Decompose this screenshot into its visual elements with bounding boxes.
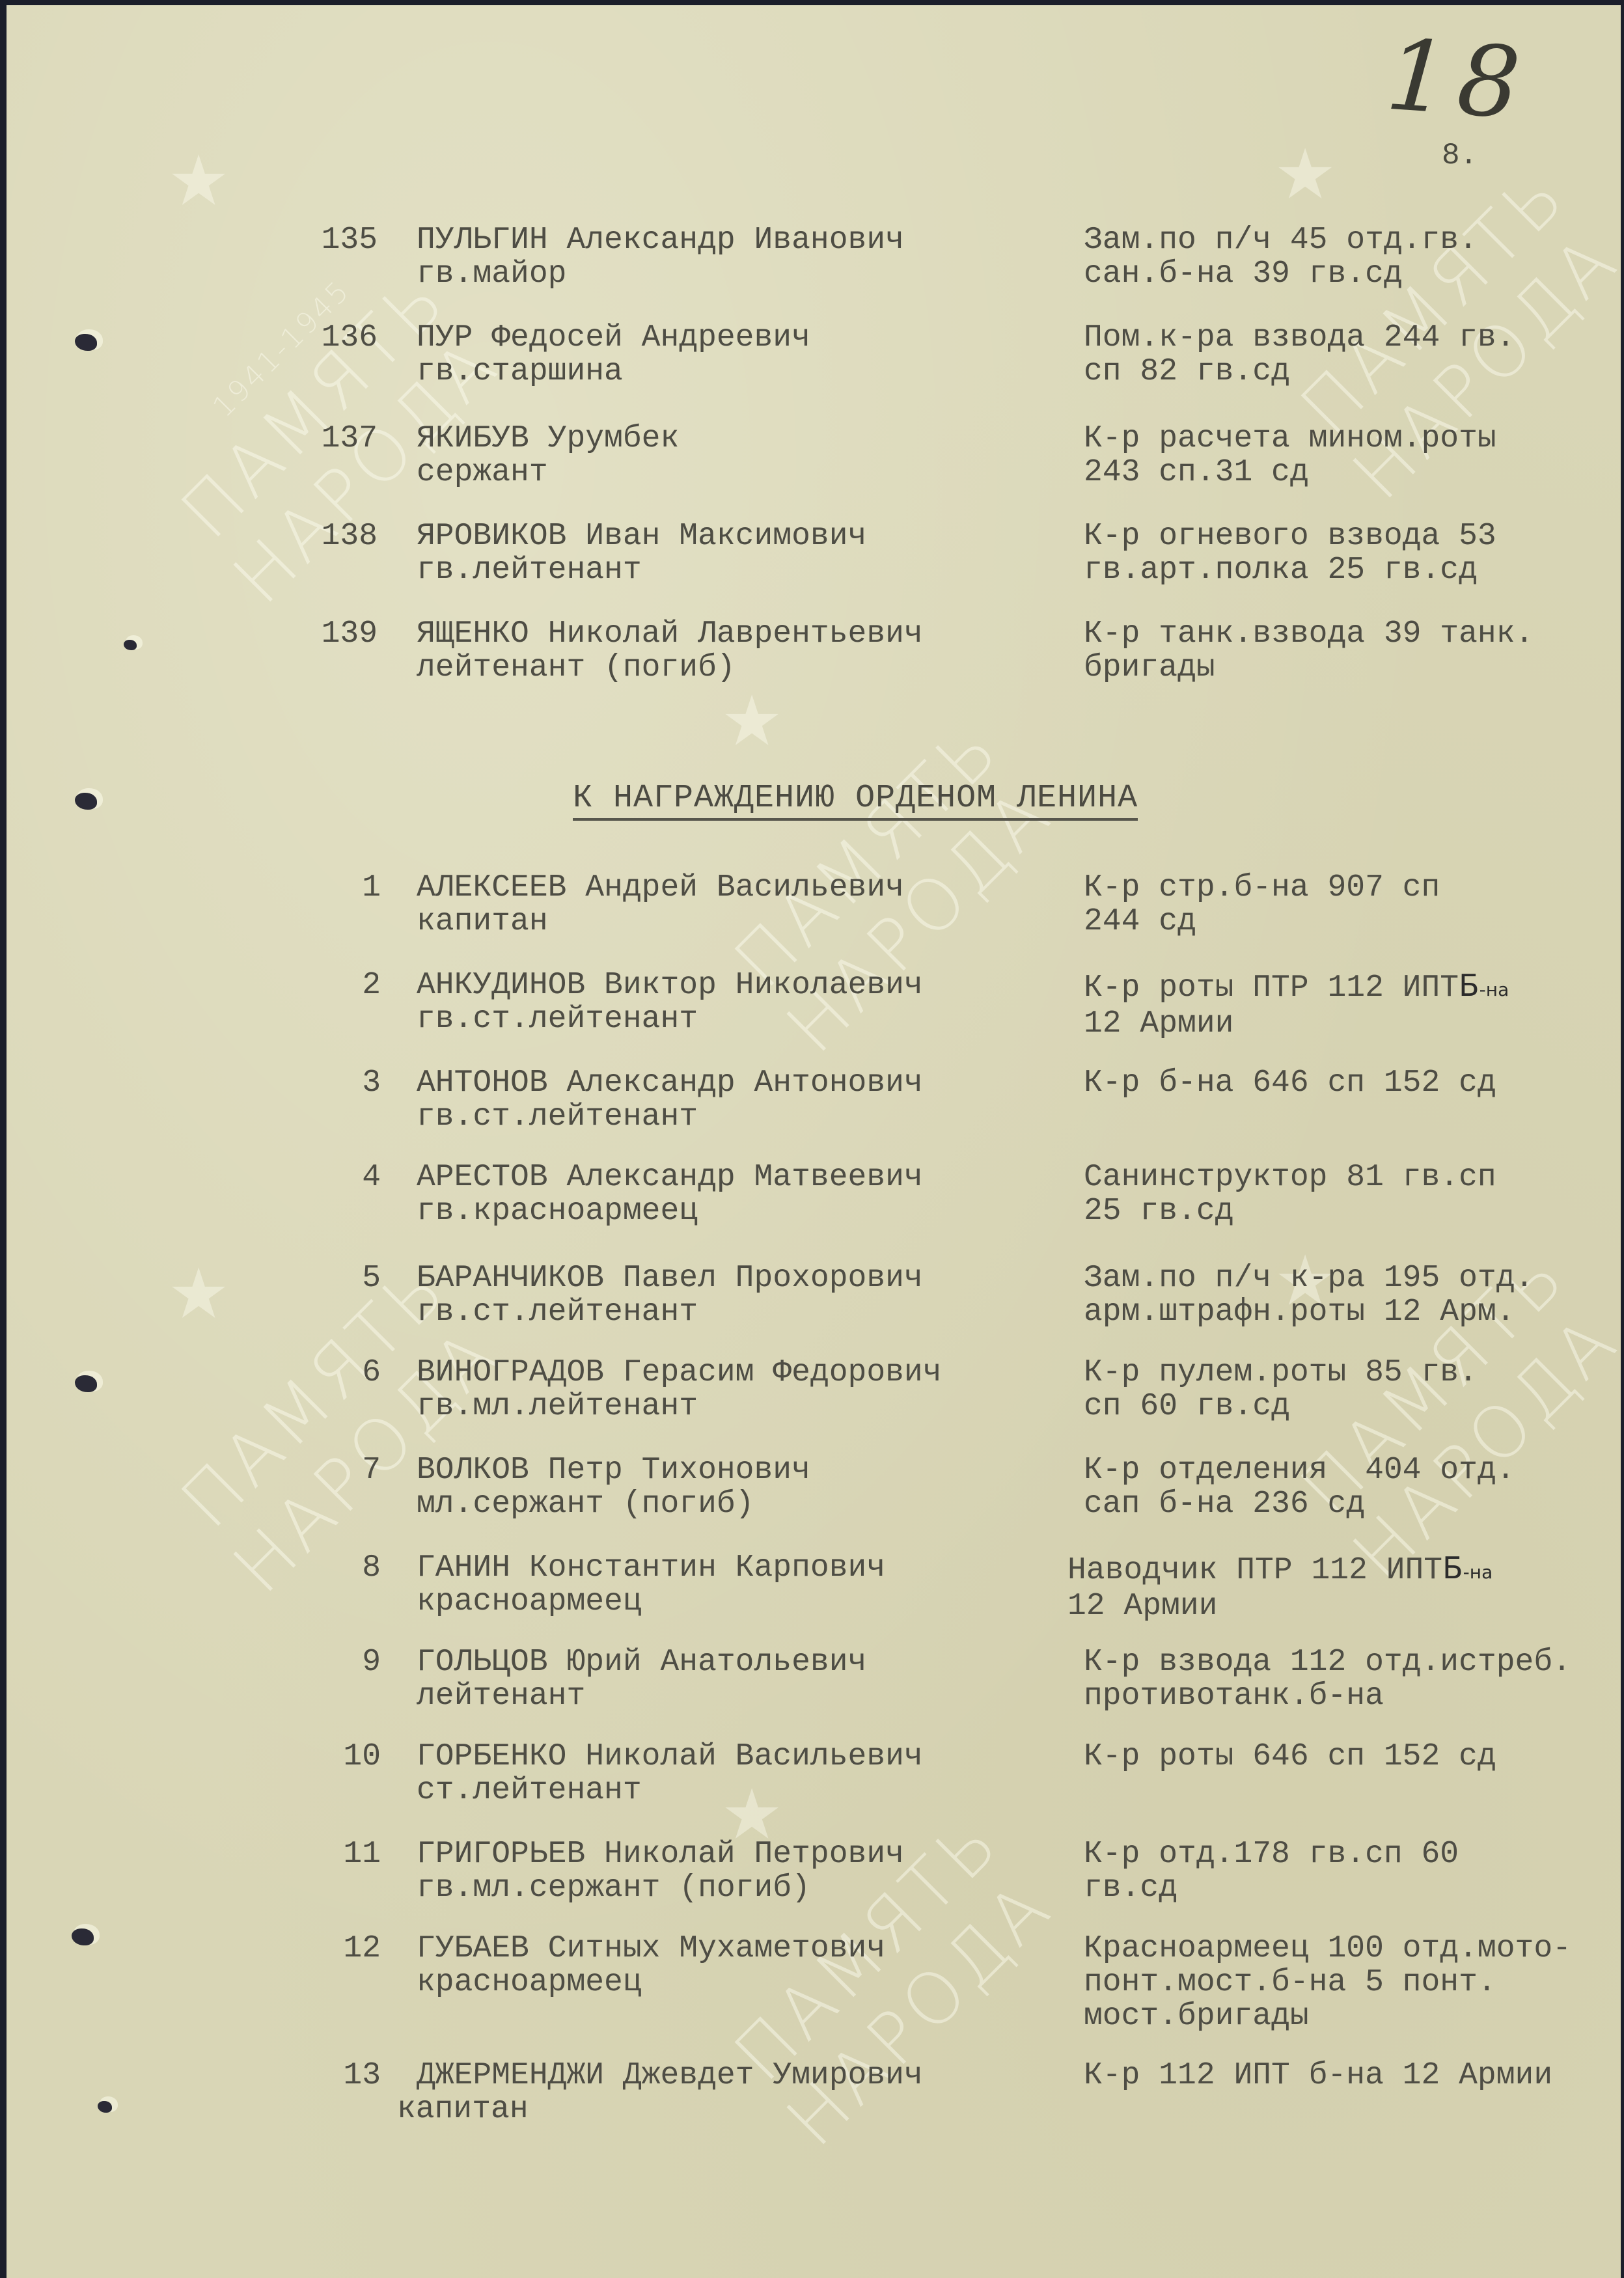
person-rank: красноармеец (417, 1966, 885, 1999)
person-block: ЯЩЕНКО Николай Лаврентьевичлейтенант (по… (417, 617, 923, 685)
unit-line: К-р расчета мином.роты (1084, 422, 1496, 456)
unit-line: К-р отделения 404 отд. (1084, 1453, 1515, 1487)
unit-line: К-р 112 ИПТ б-на 12 Армии (1084, 2059, 1552, 2093)
watermark-line1: ПАМЯТЬ (1289, 156, 1578, 446)
person-block: ВОЛКОВ Петр Тихоновичмл.сержант (погиб) (417, 1453, 810, 1521)
entry-number: 3 (303, 1066, 381, 1100)
unit-position: К-р пулем.роты 85 гв.сп 60 гв.сд (1084, 1356, 1478, 1423)
person-name: ВИНОГРАДОВ Герасим Федорович (417, 1356, 942, 1390)
typed-page-number: 8. (1442, 139, 1478, 172)
unit-line: 12 Армии (1067, 1589, 1493, 1623)
person-rank: лейтенант (погиб) (417, 651, 923, 685)
unit-line: сп 60 гв.сд (1084, 1390, 1478, 1423)
unit-position: К-р б-на 646 сп 152 сд (1084, 1066, 1496, 1100)
entry-number: 5 (303, 1261, 381, 1295)
unit-position: К-р 112 ИПТ б-на 12 Армии (1084, 2059, 1552, 2093)
person-rank: гв.лейтенант (417, 553, 866, 587)
person-name: ЯЩЕНКО Николай Лаврентьевич (417, 617, 923, 651)
entry-number: 9 (303, 1645, 381, 1679)
handwritten-addition: Б-на (1459, 968, 1509, 1003)
person-rank: гв.майор (417, 257, 904, 291)
unit-line: 244 сд (1084, 905, 1440, 939)
unit-line: Пом.к-ра взвода 244 гв. (1084, 321, 1515, 355)
unit-position: К-р роты 646 сп 152 сд (1084, 1740, 1496, 1774)
unit-position: К-р отд.178 гв.сп 60гв.сд (1084, 1837, 1459, 1905)
entry-number: 11 (303, 1837, 381, 1871)
person-block: АНТОНОВ Александр Антоновичгв.ст.лейтена… (417, 1066, 923, 1134)
person-rank: лейтенант (417, 1679, 866, 1713)
person-name: АЛЕКСЕЕВ Андрей Васильевич (417, 871, 904, 905)
watermark-line1: ПАМЯТЬ (723, 709, 1012, 999)
unit-position: Зам.по п/ч к-ра 195 отд.арм.штрафн.роты … (1084, 1261, 1534, 1329)
star-watermark-icon: ★ (1276, 109, 1334, 229)
unit-position: К-р огневого взвода 53гв.арт.полка 25 гв… (1084, 519, 1496, 587)
entry-number: 137 (299, 422, 378, 456)
star-watermark-icon: ★ (169, 116, 228, 236)
person-name: ЯРОВИКОВ Иван Максимович (417, 519, 866, 553)
entry-number: 4 (303, 1160, 381, 1194)
person-block: ДЖЕРМЕНДЖИ Джевдет Умировичкапитан (417, 2059, 923, 2126)
person-name: ГУБАЕВ Ситных Мухаметович (417, 1932, 885, 1966)
unit-position: К-р роты ПТР 112 ИПТБ-на12 Армии (1084, 968, 1509, 1041)
person-name: ДЖЕРМЕНДЖИ Джевдет Умирович (417, 2059, 923, 2093)
unit-position: К-р расчета мином.роты243 сп.31 сд (1084, 422, 1496, 489)
unit-line: К-р роты ПТР 112 ИПТБ-на (1084, 968, 1509, 1007)
person-rank: гв.ст.лейтенант (417, 1002, 923, 1036)
unit-line: К-р танк.взвода 39 танк. (1084, 617, 1534, 651)
person-block: ГРИГОРЬЕВ Николай Петровичгв.мл.сержант … (417, 1837, 904, 1905)
person-rank: мл.сержант (погиб) (417, 1487, 810, 1521)
person-name: АНКУДИНОВ Виктор Николаевич (417, 968, 923, 1002)
binding-hole-icon (75, 793, 97, 810)
unit-line: Зам.по п/ч к-ра 195 отд. (1084, 1261, 1534, 1295)
binding-hole-icon (72, 1928, 94, 1945)
person-name: ПУЛЬГИН Александр Иванович (417, 223, 904, 257)
unit-line: мост.бригады (1084, 1999, 1571, 2033)
person-name: АРЕСТОВ Александр Матвеевич (417, 1160, 923, 1194)
entry-number: 8 (303, 1551, 381, 1585)
person-rank: гв.ст.лейтенант (417, 1295, 923, 1329)
handwritten-addition: Б-на (1442, 1550, 1493, 1585)
unit-line: К-р взвода 112 отд.истреб. (1084, 1645, 1571, 1679)
person-block: ГОРБЕНКО Николай Васильевичст.лейтенант (417, 1740, 923, 1807)
unit-position: Красноармеец 100 отд.мото-понт.мост.б-на… (1084, 1932, 1571, 2033)
binding-hole-icon (75, 334, 97, 351)
person-block: ПУЛЬГИН Александр Ивановичгв.майор (417, 223, 904, 291)
unit-position: К-р отделения 404 отд.сап б-на 236 сд (1084, 1453, 1515, 1521)
person-rank: ст.лейтенант (417, 1774, 923, 1807)
person-rank: гв.мл.лейтенант (417, 1390, 942, 1423)
person-rank: капитан (397, 2093, 923, 2126)
unit-line: гв.арт.полка 25 гв.сд (1084, 553, 1496, 587)
unit-line: сп 82 гв.сд (1084, 355, 1515, 389)
unit-line: противотанк.б-на (1084, 1679, 1571, 1713)
entry-number: 138 (299, 519, 378, 553)
person-block: ГОЛЬЦОВ Юрий Анатольевичлейтенант (417, 1645, 866, 1713)
watermark-line2: НАРОДА (1341, 1302, 1621, 1592)
unit-line: арм.штрафн.роты 12 Арм. (1084, 1295, 1534, 1329)
person-block: ЯКИБУВ Урумбексержант (417, 422, 679, 489)
person-rank: гв.старшина (417, 355, 810, 389)
unit-line: К-р роты 646 сп 152 сд (1084, 1740, 1496, 1774)
unit-line: 12 Армии (1084, 1007, 1509, 1041)
entry-number: 6 (303, 1356, 381, 1390)
unit-position: К-р стр.б-на 907 сп244 сд (1084, 871, 1440, 939)
person-block: БАРАНЧИКОВ Павел Прохоровичгв.ст.лейтена… (417, 1261, 923, 1329)
unit-line: сап б-на 236 сд (1084, 1487, 1515, 1521)
entry-number: 7 (303, 1453, 381, 1487)
entry-number: 10 (303, 1740, 381, 1774)
unit-position: К-р взвода 112 отд.истреб.противотанк.б-… (1084, 1645, 1571, 1713)
entry-number: 139 (299, 617, 378, 651)
entry-number: 135 (299, 223, 378, 257)
unit-line: Санинструктор 81 гв.сп (1084, 1160, 1496, 1194)
person-rank: сержант (417, 456, 679, 489)
watermark-line1: ПАМЯТЬ (169, 260, 459, 550)
entry-number: 13 (303, 2059, 381, 2093)
unit-line: Зам.по п/ч 45 отд.гв. (1084, 223, 1478, 257)
unit-line: К-р стр.б-на 907 сп (1084, 871, 1440, 905)
person-block: ГУБАЕВ Ситных Мухаметовичкрасноармеец (417, 1932, 885, 1999)
unit-line: К-р пулем.роты 85 гв. (1084, 1356, 1478, 1390)
person-name: ПУР Федосей Андреевич (417, 321, 810, 355)
entry-number: 2 (303, 968, 381, 1002)
binding-hole-icon (124, 640, 137, 650)
section-title: К НАГРАЖДЕНИЮ ОРДЕНОМ ЛЕНИНА (573, 780, 1138, 821)
unit-position: Санинструктор 81 гв.сп25 гв.сд (1084, 1160, 1496, 1228)
handwritten-folio-number: 18 (1383, 19, 1532, 142)
unit-line: 243 сп.31 сд (1084, 456, 1496, 489)
unit-line: К-р огневого взвода 53 (1084, 519, 1496, 553)
person-name: БАРАНЧИКОВ Павел Прохорович (417, 1261, 923, 1295)
unit-position: Пом.к-ра взвода 244 гв.сп 82 гв.сд (1084, 321, 1515, 389)
unit-line: понт.мост.б-на 5 понт. (1084, 1966, 1571, 1999)
unit-line: бригады (1084, 651, 1534, 685)
person-name: ГАНИН Константин Карпович (417, 1551, 885, 1585)
person-name: ГОЛЬЦОВ Юрий Анатольевич (417, 1645, 866, 1679)
unit-line: Наводчик ПТР 112 ИПТБ-на (1067, 1551, 1493, 1589)
person-name: АНТОНОВ Александр Антонович (417, 1066, 923, 1100)
person-rank: гв.красноармеец (417, 1194, 923, 1228)
entry-number: 136 (299, 321, 378, 355)
person-block: ВИНОГРАДОВ Герасим Федоровичгв.мл.лейтен… (417, 1356, 942, 1423)
person-rank: гв.ст.лейтенант (417, 1100, 923, 1134)
entry-number: 1 (303, 871, 381, 905)
unit-line: Красноармеец 100 отд.мото- (1084, 1932, 1571, 1966)
person-block: ЯРОВИКОВ Иван Максимовичгв.лейтенант (417, 519, 866, 587)
entry-number: 12 (303, 1932, 381, 1966)
person-rank: капитан (417, 905, 904, 939)
unit-line: К-р отд.178 гв.сп 60 (1084, 1837, 1459, 1871)
person-rank: гв.мл.сержант (погиб) (417, 1871, 904, 1905)
person-block: АРЕСТОВ Александр Матвеевичгв.красноарме… (417, 1160, 923, 1228)
person-block: ГАНИН Константин Карповичкрасноармеец (417, 1551, 885, 1619)
person-name: ЯКИБУВ Урумбек (417, 422, 679, 456)
binding-hole-icon (98, 2101, 112, 2113)
person-name: ГОРБЕНКО Николай Васильевич (417, 1740, 923, 1774)
person-block: ПУР Федосей Андреевичгв.старшина (417, 321, 810, 389)
unit-line: сан.б-на 39 гв.сд (1084, 257, 1478, 291)
document-page: ★ 1941-1945 ПАМЯТЬ НАРОДА ★ ПАМЯТЬ НАРОД… (7, 5, 1621, 2278)
unit-position: К-р танк.взвода 39 танк.бригады (1084, 617, 1534, 685)
binding-hole-icon (75, 1375, 97, 1392)
person-rank: красноармеец (417, 1585, 885, 1619)
unit-line: гв.сд (1084, 1871, 1459, 1905)
unit-line: К-р б-на 646 сп 152 сд (1084, 1066, 1496, 1100)
unit-position: Зам.по п/ч 45 отд.гв.сан.б-на 39 гв.сд (1084, 223, 1478, 291)
person-block: АЛЕКСЕЕВ Андрей Васильевичкапитан (417, 871, 904, 939)
star-watermark-icon: ★ (169, 1229, 228, 1349)
unit-position: Наводчик ПТР 112 ИПТБ-на12 Армии (1067, 1551, 1493, 1623)
person-name: ГРИГОРЬЕВ Николай Петрович (417, 1837, 904, 1871)
person-name: ВОЛКОВ Петр Тихонович (417, 1453, 810, 1487)
person-block: АНКУДИНОВ Виктор Николаевичгв.ст.лейтена… (417, 968, 923, 1036)
unit-line: 25 гв.сд (1084, 1194, 1496, 1228)
